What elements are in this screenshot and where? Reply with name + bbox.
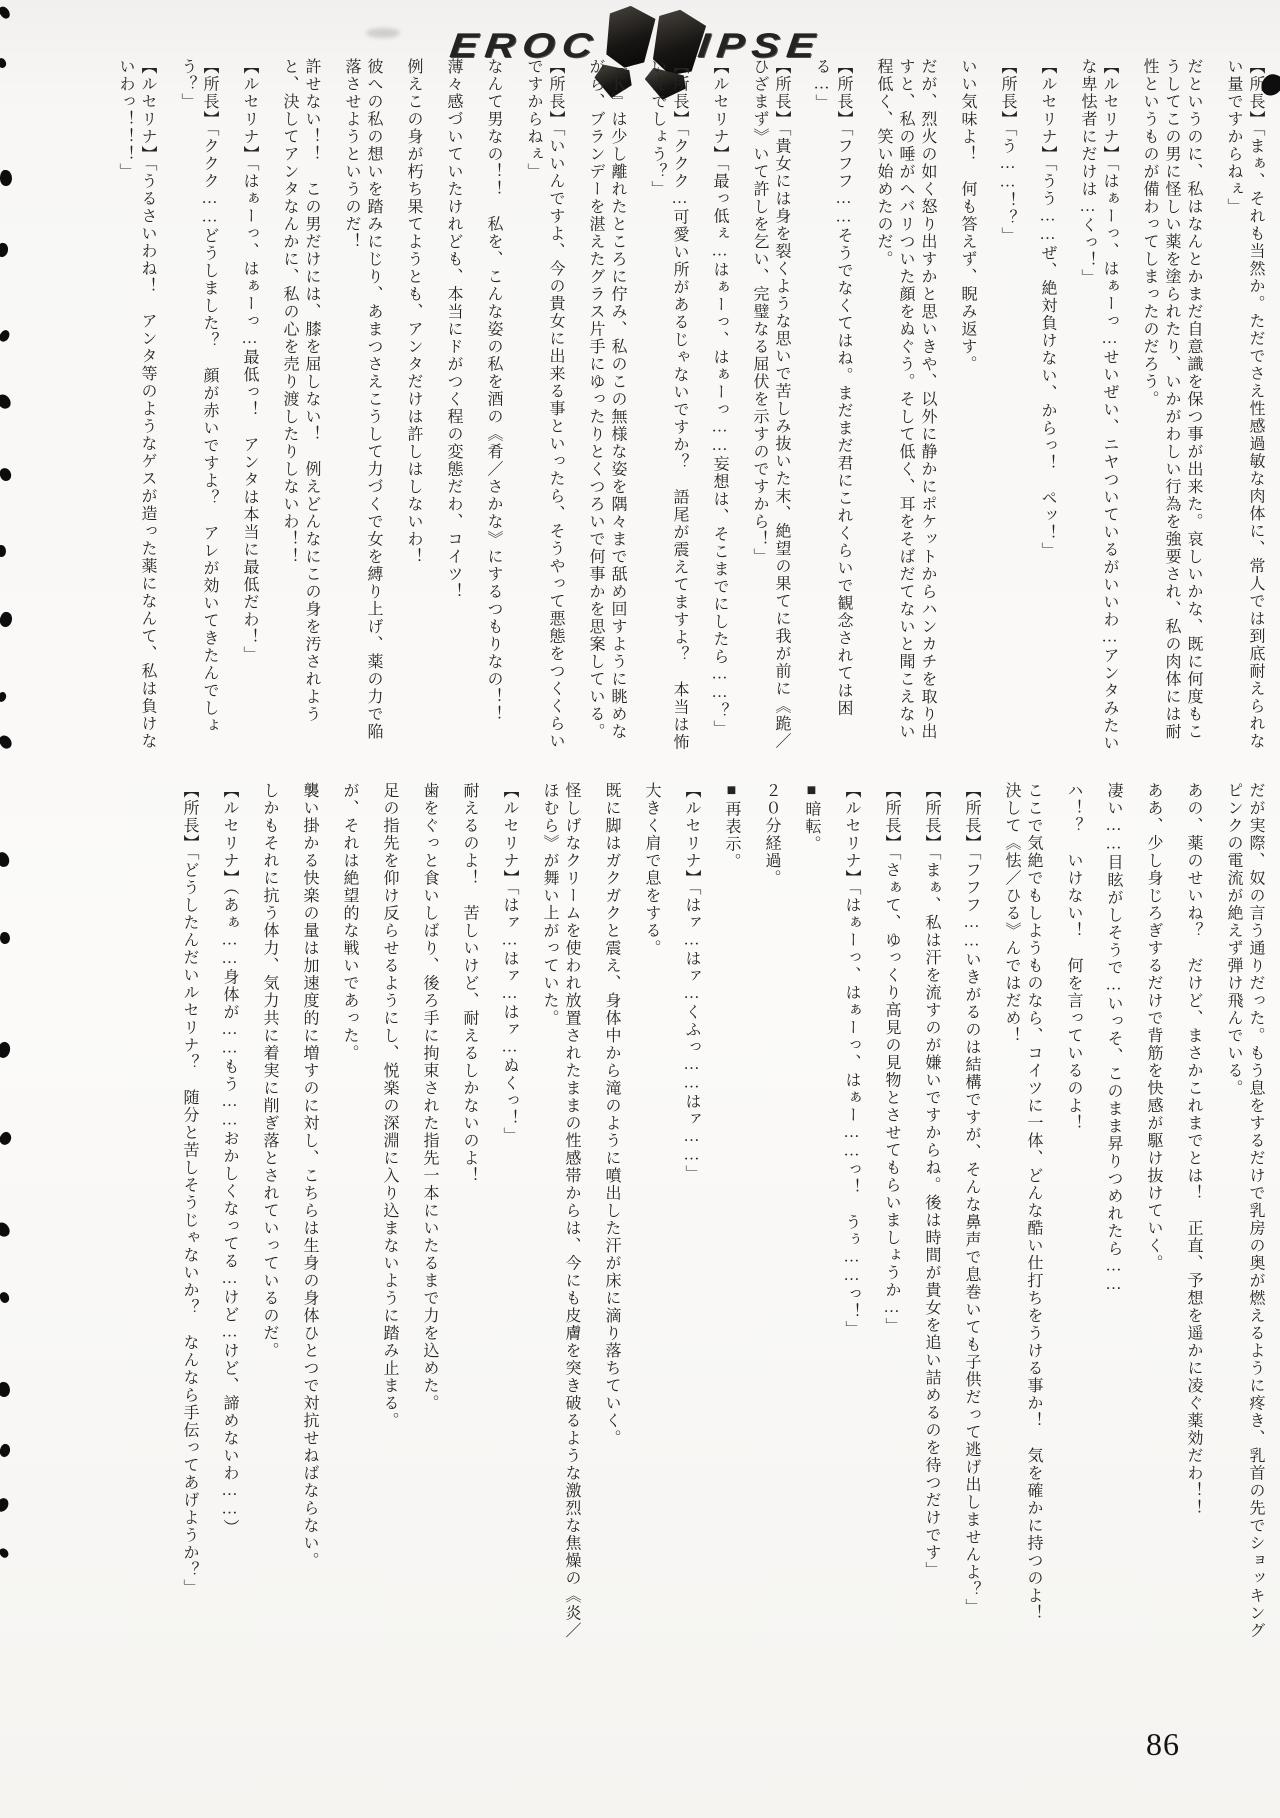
script-paragraph: 【所長】「ククク…可愛い所があるじゃないですか？ 語尾が震えてますよ？ 本当は怖… bbox=[646, 58, 690, 756]
script-paragraph: しかもそれに抗う体力、気力共に着実に削ぎ落とされていっているのだ。 bbox=[258, 782, 280, 1656]
script-paragraph: 【ルセリナ】「はァ…はァ…はァ…ぬくっ！」 bbox=[498, 782, 520, 1656]
script-paragraph: 既に脚はガクガクと震え、身体中から滝のように噴出した汗が床に滴り落ちていく。 bbox=[600, 782, 622, 1656]
script-paragraph: 大きく肩で息をする。 bbox=[640, 782, 662, 1656]
script-paragraph: 【所長】「どうしたんだいルセリナ？ 随分と苦しそうじゃないか？ なんなら手伝って… bbox=[178, 782, 200, 1656]
script-paragraph: 凄い……目眩がしそうで…いっそ、このまま昇りつめれたら…… bbox=[1102, 782, 1124, 1656]
script-paragraph: 【所長】「ククク……どうしました？ 顔が赤いですよ？ アレが効いてきたんでしょう… bbox=[176, 58, 220, 756]
script-paragraph: 【所長】「フフフ……そうでなくてはね。まだまだ君にこれくらいで観念されては困る…… bbox=[810, 58, 854, 756]
script-paragraph: だが、烈火の如く怒り出すかと思いきや、以外に静かにポケットからハンカチを取り出す… bbox=[872, 58, 938, 756]
scanned-page: EROC IPSE 【所長】「まぁ、それも当然か。ただでさえ性感過敏な肉体に、常… bbox=[0, 0, 1280, 1818]
script-paragraph: 【ルセリナ】（あぁ……身体が……もう……おかしくなってる…けど…けど、諦めないわ… bbox=[218, 782, 240, 1656]
script-paragraph: 襲い掛かる快楽の量は加速度的に増すのに対し、こちらは生身の身体ひとつで対抗せねば… bbox=[298, 782, 320, 1656]
script-paragraph: 許せない！！ この男だけには、膝を屈しない！ 例えどんなにこの身を汚されようと、… bbox=[278, 58, 322, 756]
script-paragraph: 歯をぐっと食いしばり、後ろ手に拘束された指先一本にいたるまで力を込めた。 bbox=[418, 782, 440, 1656]
script-paragraph: 【ルセリナ】「はぁーっ、はぁーっ…最低っ！ アンタは本当に最低だわ！」 bbox=[238, 58, 260, 756]
script-paragraph: だが実際、奴の言う通りだった。もう息をするだけで乳房の奥が燃えるように疼き、乳首… bbox=[1222, 782, 1266, 1656]
script-top-section: 【所長】「まぁ、それも当然か。ただでさえ性感過敏な肉体に、常人では到底耐えられな… bbox=[80, 58, 1266, 756]
script-paragraph: 【所長】「フフフ……いきがるのは結構ですが、そんな鼻声で息巻いても子供だって逃げ… bbox=[960, 782, 982, 1656]
script-paragraph: 【ルセリナ】「最っ低ぇ…はぁーっ、はぁーっ……妄想は、そこまでにしたら……？」 bbox=[708, 58, 730, 756]
script-paragraph: いい気味よ！ 何も答えず、睨み返す。 bbox=[956, 58, 978, 756]
script-paragraph: あの、薬のせいね？ だけど、まさかこれまでとは！ 正直、予想を遥かに凌ぐ薬効だわ… bbox=[1182, 782, 1204, 1656]
script-paragraph: 【ルセリナ】「はぁーっ、はぁーっ、はぁー……っ！ うぅ……っ！」 bbox=[840, 782, 862, 1656]
script-paragraph: ハ！？ いけない！ 何を言っているのよ！ bbox=[1062, 782, 1084, 1656]
script-paragraph: だというのに、私はなんとかまだ自意識を保つ事が出来た。哀しいかな、既に何度もこう… bbox=[1138, 58, 1204, 756]
script-paragraph: 足の指先を仰け反らせるようにし、悦楽の深淵に入り込まないように踏み止まる。 bbox=[378, 782, 400, 1656]
scan-smudge bbox=[366, 28, 400, 38]
script-paragraph: 【ルセリナ】「うるさいわね！ アンタ等のようなゲスが造った薬になんて、私は負けな… bbox=[114, 58, 158, 756]
script-paragraph: ここで気絶でもしようものなら、コイツに一体、どんな酷い仕打ちをうける事か！ 気を… bbox=[1000, 782, 1044, 1656]
script-paragraph: 例えこの身が朽ち果てようとも、アンタだけは許しはしないわ！ bbox=[402, 58, 424, 756]
script-paragraph: ２０分経過。 bbox=[760, 782, 782, 1656]
script-paragraph: が、それは絶望的な戦いであった。 bbox=[338, 782, 360, 1656]
script-paragraph: 【所長】「まぁ、私は汗を流すのが嫌いですからね。後は時間が貴女を追い詰めるのを待… bbox=[920, 782, 942, 1656]
script-paragraph: 【ルセリナ】「はぁーっ、はぁーっ…せいぜい、ニヤついているがいいわ…アンタみたい… bbox=[1076, 58, 1120, 756]
script-bottom-section: だが実際、奴の言う通りだった。もう息をするだけで乳房の奥が燃えるように疼き、乳首… bbox=[80, 782, 1266, 1656]
script-paragraph: ■再表示。 bbox=[720, 782, 742, 1656]
script-paragraph: 【所長】「いいんですよ、今の貴女に出来る事といったら、そうやって悪態をつくくらい… bbox=[522, 58, 566, 756]
script-paragraph: 【ルセリナ】「うう……ぜ、絶対負けない、からっ！ ペッ！」 bbox=[1036, 58, 1058, 756]
script-paragraph: 【所長】「まぁ、それも当然か。ただでさえ性感過敏な肉体に、常人では到底耐えられな… bbox=[1222, 58, 1266, 756]
script-paragraph: 『Ｋ』は少し離れたところに佇み、私のこの無様な姿を隅々まで舐め回すように眺めなが… bbox=[584, 58, 628, 756]
script-paragraph: 彼への私の想いを踏みにじり、あまつさえこうして力づくで女を縛り上げ、薬の力で陥落… bbox=[340, 58, 384, 756]
script-paragraph: ■暗転。 bbox=[800, 782, 822, 1656]
page-number: 86 bbox=[1146, 1726, 1180, 1763]
script-paragraph: 耐えるのよ！ 苦しいけど、耐えるしかないのよ！ bbox=[458, 782, 480, 1656]
script-paragraph: 【所長】「う……！？」 bbox=[996, 58, 1018, 756]
script-paragraph: 【所長】「さぁて、ゆっくり高見の見物とさせてもらいましょうか…」 bbox=[880, 782, 902, 1656]
script-paragraph: 怪しげなクリームを使われ放置されたままの性感帯からは、今にも皮膚を突き破るような… bbox=[538, 782, 582, 1656]
script-paragraph: ああ、少し身じろぎするだけで背筋を快感が駆け抜けていく。 bbox=[1142, 782, 1164, 1656]
script-paragraph: なんて男なの！！ 私を、こんな姿の私を酒の《肴／さかな》にするつもりなの！！ bbox=[482, 58, 504, 756]
script-paragraph: 【所長】「貴女には身を裂くような思いで苦しみ抜いた末、絶望の果てに我が前に《跪／… bbox=[748, 58, 792, 756]
script-paragraph: 薄々感づいていたけれども、本当にドがつく程の変態だわ、コイツ！ bbox=[442, 58, 464, 756]
script-paragraph: 【ルセリナ】「はァ…はァ…くふっ……はァ……」 bbox=[680, 782, 702, 1656]
